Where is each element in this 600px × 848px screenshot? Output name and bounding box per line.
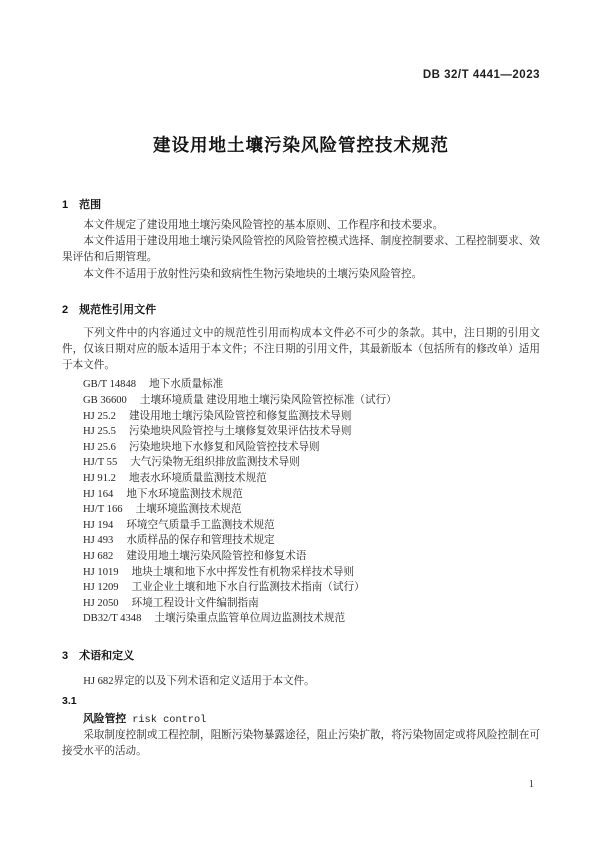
reference-title: 污染地块地下水修复和风险管控技术导则 [129,442,320,453]
term-entry: 风险管控risk control [62,710,540,728]
reference-item: DB32/T 4348土壤污染重点监管单位周边监测技术规范 [62,611,540,627]
reference-code: HJ 1019 [83,565,119,581]
reference-code: HJ/T 55 [83,455,117,471]
reference-title: 环境工程设计文件编制指南 [132,598,259,609]
reference-code: HJ/T 166 [83,502,123,518]
reference-code: HJ 194 [83,518,113,534]
section-label: 术语和定义 [79,650,134,662]
reference-item: HJ 91.2地表水环境质量监测技术规范 [62,471,540,487]
reference-list: GB/T 14848地下水质量标准 GB 36600土壤环境质量 建设用地土壤污… [62,377,540,627]
term-definition-block: 采取制度控制或工程控制，阻断污染物暴露途径，阻止污染扩散，将污染物固定或将风险控… [62,728,540,760]
reference-title: 环境空气质量手工监测技术规范 [126,520,274,531]
section-label: 范围 [79,199,101,211]
reference-item: HJ 682建设用地土壤污染风险管控和修复术语 [62,549,540,565]
reference-title: 建设用地土壤污染风险管控和修复监测技术导则 [129,411,351,422]
term-name-zh: 风险管控 [83,713,126,725]
reference-code: HJ 164 [83,487,113,503]
paragraph: 本文件适用于建设用地土壤污染风险管控的风险管控模式选择、制度控制要求、工程控制要… [62,234,540,266]
doc-number: DB 32/T 4441—2023 [62,68,540,82]
reference-item: HJ 164地下水环境监测技术规范 [62,487,540,503]
reference-title: 大气污染物无组织排放监测技术导则 [130,457,300,468]
reference-item: HJ 25.5污染地块风险管控与土壤修复效果评估技术导则 [62,424,540,440]
paragraph: 本文件规定了建设用地土壤污染风险管控的基本原则、工作程序和技术要求。 [62,218,540,234]
section-number: 2 [62,304,68,316]
reference-item: HJ 493水质样品的保存和管理技术规定 [62,533,540,549]
reference-item: HJ/T 166土壤环境监测技术规范 [62,502,540,518]
reference-code: HJ 682 [83,549,113,565]
page-number: 1 [529,779,534,790]
reference-code: HJ 25.2 [83,409,116,425]
reference-code: GB 36600 [83,393,127,409]
reference-code: DB32/T 4348 [83,611,141,627]
paragraph: 本文件不适用于放射性污染和致病性生物污染地块的土壤污染风险管控。 [62,267,540,283]
section-heading-normative-references: 2规范性引用文件 [62,303,540,318]
reference-item: HJ 2050环境工程设计文件编制指南 [62,596,540,612]
terms-intro: HJ 682界定的以及下列术语和定义适用于本文件。 [62,674,540,690]
paragraph: 下列文件中的内容通过文中的规范性引用而构成本文件必不可少的条款。其中，注日期的引… [62,326,540,375]
term-definition: 采取制度控制或工程控制，阻断污染物暴露途径，阻止污染扩散，将污染物固定或将风险控… [62,728,540,760]
reference-item: GB/T 14848地下水质量标准 [62,377,540,393]
reference-title: 土壤污染重点监管单位周边监测技术规范 [154,613,345,624]
reference-title: 地块土壤和地下水中挥发性有机物采样技术导则 [132,567,354,578]
reference-title: 地表水环境质量监测技术规范 [129,473,267,484]
reference-code: HJ 493 [83,533,113,549]
section-scope-body: 本文件规定了建设用地土壤污染风险管控的基本原则、工作程序和技术要求。 本文件适用… [62,218,540,283]
term-name-en: risk control [132,714,206,726]
page-content: DB 32/T 4441—2023 建设用地土壤污染风险管控技术规范 1范围 本… [62,0,540,760]
reference-item: HJ 25.2建设用地土壤污染风险管控和修复监测技术导则 [62,409,540,425]
reference-title: 地下水质量标准 [149,379,223,390]
reference-code: HJ 91.2 [83,471,116,487]
reference-item: HJ 25.6污染地块地下水修复和风险管控技术导则 [62,440,540,456]
reference-title: 地下水环境监测技术规范 [126,489,243,500]
reference-code: HJ 1209 [83,580,119,596]
reference-title: 土壤环境监测技术规范 [136,504,242,515]
reference-title: 污染地块风险管控与土壤修复效果评估技术导则 [129,426,351,437]
term-clause-number: 3.1 [62,694,540,710]
reference-code: HJ 25.6 [83,440,116,456]
reference-title: 建设用地土壤污染风险管控和修复术语 [126,551,306,562]
reference-item: HJ 194环境空气质量手工监测技术规范 [62,518,540,534]
paragraph: HJ 682界定的以及下列术语和定义适用于本文件。 [62,674,540,690]
reference-code: HJ 2050 [83,596,119,612]
reference-code: GB/T 14848 [83,377,136,393]
section-number: 1 [62,199,68,211]
reference-item: HJ 1209工业企业土壤和地下水自行监测技术指南（试行） [62,580,540,596]
section-label: 规范性引用文件 [79,304,156,316]
reference-item: HJ/T 55大气污染物无组织排放监测技术导则 [62,455,540,471]
reference-title: 水质样品的保存和管理技术规定 [126,535,274,546]
reference-item: HJ 1019地块土壤和地下水中挥发性有机物采样技术导则 [62,565,540,581]
reference-title: 土壤环境质量 建设用地土壤污染风险管控标准（试行） [140,395,397,406]
reference-code: HJ 25.5 [83,424,116,440]
section-heading-scope: 1范围 [62,198,540,213]
page-title: 建设用地土壤污染风险管控技术规范 [62,134,540,156]
section-heading-terms-definitions: 3术语和定义 [62,649,540,664]
document-page: DB 32/T 4441—2023 建设用地土壤污染风险管控技术规范 1范围 本… [0,0,600,848]
normative-references-intro: 下列文件中的内容通过文中的规范性引用而构成本文件必不可少的条款。其中，注日期的引… [62,326,540,375]
reference-item: GB 36600土壤环境质量 建设用地土壤污染风险管控标准（试行） [62,393,540,409]
reference-title: 工业企业土壤和地下水自行监测技术指南（试行） [132,582,365,593]
section-number: 3 [62,650,68,662]
